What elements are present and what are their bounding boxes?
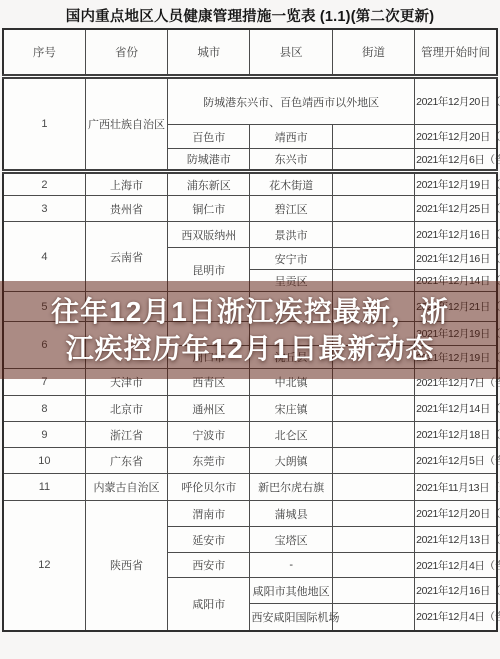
province-cell: 陕西省 bbox=[85, 501, 167, 631]
county-cell: 靖西市 bbox=[250, 125, 332, 149]
row-number-cell: 12 bbox=[3, 501, 85, 631]
province-cell: 上海市 bbox=[85, 172, 167, 196]
county-cell: 宋庄镇 bbox=[250, 396, 332, 422]
province-cell: 北京市 bbox=[85, 396, 167, 422]
county-cell: 景洪市 bbox=[250, 222, 332, 248]
city-cell: 通州区 bbox=[168, 396, 250, 422]
row-number-cell: 3 bbox=[3, 196, 85, 222]
province-cell: 内蒙古自治区 bbox=[85, 474, 167, 501]
street-cell bbox=[332, 501, 414, 527]
street-cell bbox=[332, 396, 414, 422]
city-cell: 宁波市 bbox=[168, 422, 250, 448]
column-header-4: 街道 bbox=[332, 29, 414, 77]
county-cell: 碧江区 bbox=[250, 196, 332, 222]
date-cell: 2021年12月20日（含） bbox=[415, 501, 497, 527]
row-number-cell: 9 bbox=[3, 422, 85, 448]
date-cell: 2021年12月18日（含） bbox=[415, 422, 497, 448]
table-header: 序号省份城市县区街道管理开始时间 bbox=[3, 29, 497, 77]
street-cell bbox=[332, 149, 414, 172]
merged-region-cell: 防城港东兴市、百色靖西市以外地区 bbox=[168, 77, 415, 125]
row-number-cell: 10 bbox=[3, 448, 85, 474]
street-cell bbox=[332, 196, 414, 222]
date-cell: 2021年12月13日（含） bbox=[415, 527, 497, 553]
row-number-cell: 11 bbox=[3, 474, 85, 501]
province-cell: 广东省 bbox=[85, 448, 167, 474]
date-cell: 2021年12月4日（含） bbox=[415, 604, 497, 631]
date-cell: 2021年12月6日（含） bbox=[415, 149, 497, 172]
date-cell: 2021年12月25日（含） bbox=[415, 196, 497, 222]
city-cell: 咸阳市 bbox=[168, 578, 250, 631]
date-cell: 2021年12月4日（含） bbox=[415, 553, 497, 578]
street-cell bbox=[332, 578, 414, 604]
column-header-5: 管理开始时间 bbox=[415, 29, 497, 77]
row-number-cell: 1 bbox=[3, 77, 85, 172]
headline-line-2: 江疾控历年12月1日最新动态 bbox=[66, 333, 435, 364]
street-cell bbox=[332, 527, 414, 553]
city-cell: 铜仁市 bbox=[168, 196, 250, 222]
street-cell bbox=[332, 125, 414, 149]
province-cell: 浙江省 bbox=[85, 422, 167, 448]
city-cell: 渭南市 bbox=[168, 501, 250, 527]
province-cell: 贵州省 bbox=[85, 196, 167, 222]
headline-line-1: 往年12月1日浙江疾控最新，浙 bbox=[51, 296, 449, 327]
street-cell bbox=[332, 474, 414, 501]
city-cell: 防城港市 bbox=[168, 149, 250, 172]
city-cell: 呼伦贝尔市 bbox=[168, 474, 250, 501]
city-cell: 西双版纳州 bbox=[168, 222, 250, 248]
date-cell: 2021年12月20日（含） bbox=[415, 125, 497, 149]
date-cell: 2021年12月16日（含） bbox=[415, 248, 497, 270]
street-cell bbox=[332, 553, 414, 578]
city-cell: 西安市 bbox=[168, 553, 250, 578]
column-header-2: 城市 bbox=[168, 29, 250, 77]
date-cell: 2021年12月20日（含） bbox=[415, 77, 497, 125]
date-cell: 2021年12月5日（含） bbox=[415, 448, 497, 474]
date-cell: 2021年12月16日（含） bbox=[415, 222, 497, 248]
column-header-0: 序号 bbox=[3, 29, 85, 77]
street-cell bbox=[332, 222, 414, 248]
row-number-cell: 2 bbox=[3, 172, 85, 196]
street-cell bbox=[332, 422, 414, 448]
city-cell: 百色市 bbox=[168, 125, 250, 149]
headline-overlay-banner: 往年12月1日浙江疾控最新，浙 江疾控历年12月1日最新动态 bbox=[0, 281, 500, 379]
county-cell: 北仑区 bbox=[250, 422, 332, 448]
county-cell: - bbox=[250, 553, 332, 578]
county-cell: 东兴市 bbox=[250, 149, 332, 172]
city-cell: 浦东新区 bbox=[168, 172, 250, 196]
column-header-1: 省份 bbox=[85, 29, 167, 77]
county-cell: 新巴尔虎右旗 bbox=[250, 474, 332, 501]
street-cell bbox=[332, 448, 414, 474]
county-cell: 大朗镇 bbox=[250, 448, 332, 474]
street-cell bbox=[332, 172, 414, 196]
page-title: 国内重点地区人员健康管理措施一览表 (1.1)(第二次更新) bbox=[0, 0, 500, 28]
county-cell: 花木街道 bbox=[250, 172, 332, 196]
province-cell: 广西壮族自治区 bbox=[85, 77, 167, 172]
county-cell: 宝塔区 bbox=[250, 527, 332, 553]
date-cell: 2021年12月16日（含） bbox=[415, 578, 497, 604]
city-cell: 延安市 bbox=[168, 527, 250, 553]
county-cell: 西安咸阳国际机场 bbox=[250, 604, 332, 631]
date-cell: 2021年12月19日（含） bbox=[415, 172, 497, 196]
city-cell: 东莞市 bbox=[168, 448, 250, 474]
county-cell: 安宁市 bbox=[250, 248, 332, 270]
row-number-cell: 8 bbox=[3, 396, 85, 422]
street-cell bbox=[332, 248, 414, 270]
county-cell: 咸阳市其他地区 bbox=[250, 578, 332, 604]
column-header-3: 县区 bbox=[250, 29, 332, 77]
county-cell: 蒲城县 bbox=[250, 501, 332, 527]
date-cell: 2021年11月13日（含） bbox=[415, 474, 497, 501]
date-cell: 2021年12月14日（含） bbox=[415, 396, 497, 422]
street-cell bbox=[332, 604, 414, 631]
